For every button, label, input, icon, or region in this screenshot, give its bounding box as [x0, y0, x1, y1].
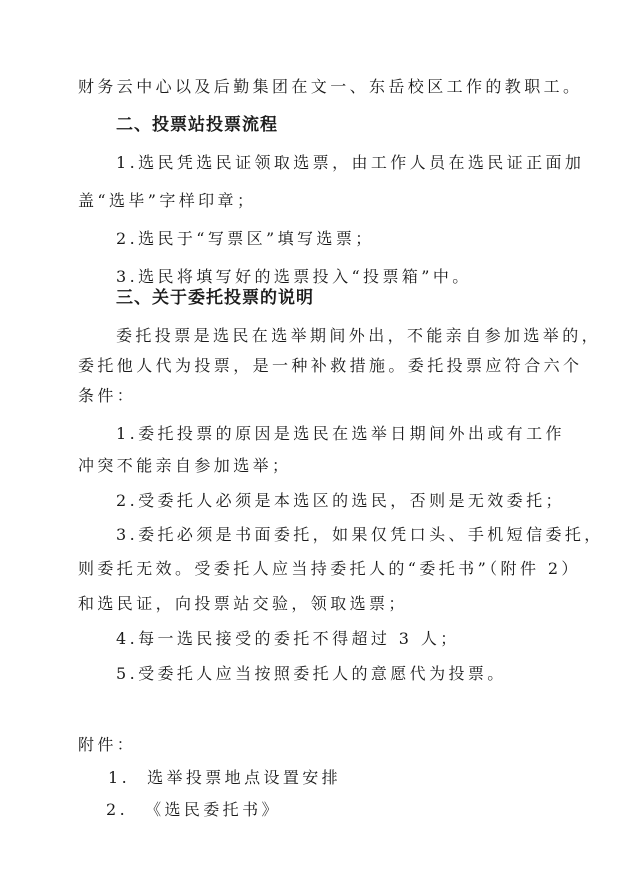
section-heading-3: 三、关于委托投票的说明	[116, 287, 314, 309]
attachments-label: 附件：	[78, 734, 136, 756]
condition-line: 和选民证，向投票站交验，领取选票；	[78, 593, 408, 615]
list-item-line: 1.选民凭选民证领取选票，由工作人员在选民证正面加	[116, 152, 584, 174]
condition-line: 冲突不能亲自参加选举；	[78, 455, 291, 477]
paragraph-line: 委托他人代为投票，是一种补救措施。委托投票应符合六个	[78, 355, 582, 377]
attachment-number: 2.	[106, 800, 128, 819]
list-item-line: 2.选民于“写票区”填写选票；	[116, 228, 375, 250]
paragraph-line: 条件：	[78, 385, 136, 407]
paragraph-line: 委托投票是选民在选举期间外出，不能亲自参加选举的，	[116, 325, 601, 347]
condition-line: 则委托无效。受委托人应当持委托人的“委托书”（附件 2）	[78, 558, 581, 580]
section-heading-2: 二、投票站投票流程	[116, 114, 278, 136]
condition-line: 4.每一选民接受的委托不得超过 3 人；	[116, 628, 460, 650]
attachment-title: 选举投票地点设置安排	[147, 768, 341, 787]
condition-line: 1.委托投票的原因是选民在选举日期间外出或有工作	[116, 423, 565, 445]
attachment-number: 1.	[108, 768, 130, 787]
attachment-item: 2. 《选民委托书》	[106, 799, 281, 821]
attachment-item: 1. 选举投票地点设置安排	[108, 767, 341, 789]
attachment-title: 《选民委托书》	[145, 800, 281, 819]
condition-line: 2.受委托人必须是本选区的选民，否则是无效委托；	[116, 490, 565, 512]
paragraph-line: 财务云中心以及后勤集团在文一、东岳校区工作的教职工。	[78, 76, 582, 98]
condition-line: 3.委托必须是书面委托，如果仅凭口头、手机短信委托，	[116, 524, 604, 546]
list-item-line: 3.选民将填写好的选票投入“投票箱”中。	[116, 266, 472, 288]
condition-line: 5.受委托人应当按照委托人的意愿代为投票。	[116, 663, 507, 685]
list-item-line: 盖“选毕”字样印章；	[78, 190, 256, 212]
